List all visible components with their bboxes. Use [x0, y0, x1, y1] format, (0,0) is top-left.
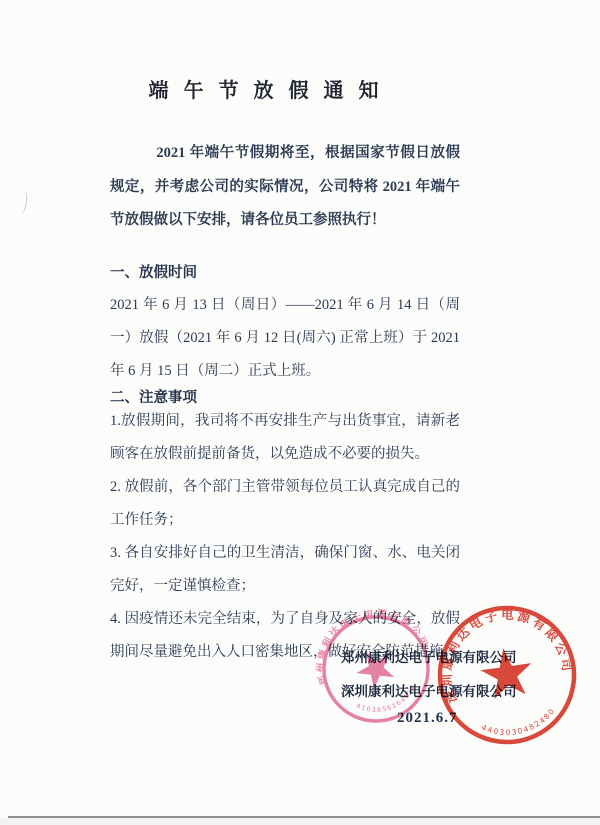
- holiday-notice-scan: 端 午 节 放 假 通 知 2021 年端午节假期将至，根据国家节假日放假规定，…: [0, 0, 600, 825]
- intro-paragraph: 2021 年端午节假期将至，根据国家节假日放假规定，并考虑公司的实际情况，公司特…: [110, 137, 460, 238]
- holiday-dates-paragraph: 2021 年 6 月 13 日（周日）——2021 年 6 月 14 日（周一）…: [110, 289, 460, 388]
- seal-star-icon: [478, 645, 536, 701]
- seal-serial-number: 4103856164818: [353, 681, 423, 723]
- note-item-2: 2. 放假前，各个部门主管带领每位员工认真完成自己的工作任务；: [110, 471, 460, 537]
- scan-artifact: [15, 189, 28, 214]
- note-item-1: 1.放假期间，我司将不再安排生产与出货事宜，请新老顾客在放假前提前备货，以免造成…: [110, 405, 460, 471]
- seal-star-icon: [350, 642, 401, 692]
- svg-text:4103856164818: 4103856164818: [353, 681, 423, 723]
- note-item-3: 3. 各自安排好自己的卫生清洁，确保门窗、水、电关闭完好，一定谨慎检查；: [110, 537, 460, 603]
- section-heading-holiday-time: 一、放假时间: [110, 257, 460, 291]
- page-title: 端 午 节 放 假 通 知: [96, 74, 436, 103]
- scanner-edge-shadow: [0, 818, 600, 825]
